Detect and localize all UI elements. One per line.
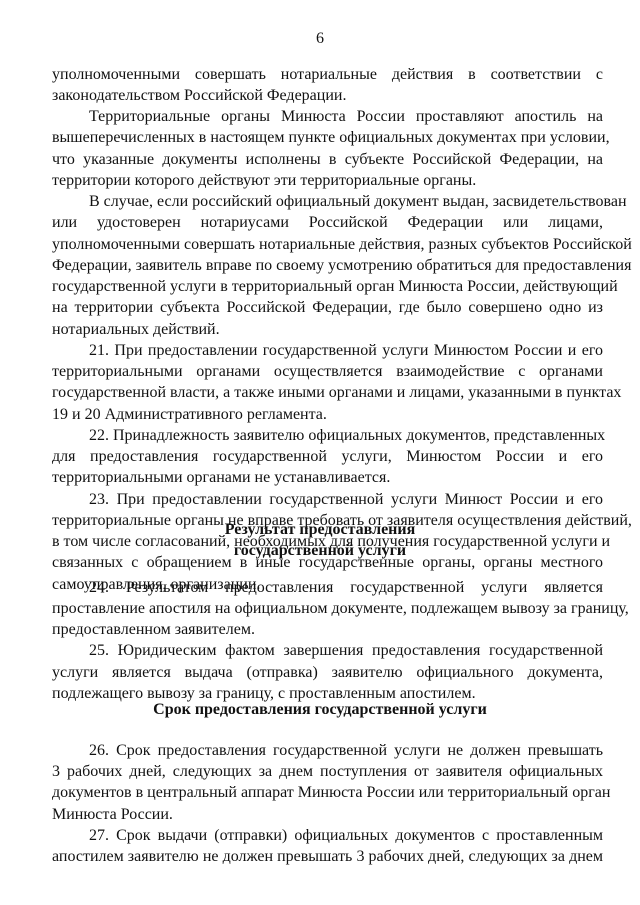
text-line: предоставленном заявителем.	[52, 620, 603, 640]
text-line: территориальными органами не устанавлива…	[52, 468, 603, 488]
text-line: 24. Результатом предоставления государст…	[89, 578, 603, 598]
section-heading-result-line1: Результат предоставления	[0, 520, 640, 540]
text-line: проставление апостиля на официальном док…	[52, 599, 603, 619]
text-line: государственной власти, а также иными ор…	[52, 383, 603, 403]
text-line: 21. При предоставлении государственной у…	[89, 341, 603, 361]
text-line: на территории субъекта Российской Федера…	[52, 298, 603, 318]
text-line: 19 и 20 Административного регламента.	[52, 405, 603, 425]
section-heading-term: Срок предоставления государственной услу…	[0, 700, 640, 720]
section-heading-result-line2: государственной услуги	[0, 541, 640, 561]
text-line: или удостоверен нотариусами Российской Ф…	[52, 213, 603, 233]
text-line: 23. При предоставлении государственной у…	[89, 490, 603, 510]
text-line: услуги является выдача (отправка) заявит…	[52, 663, 603, 683]
text-line: 27. Срок выдачи (отправки) официальных д…	[89, 826, 603, 846]
text-line: для предоставления государственной услуг…	[52, 447, 603, 467]
text-line: 25. Юридическим фактом завершения предос…	[89, 641, 603, 661]
text-line: 22. Принадлежность заявителю официальных…	[89, 426, 603, 446]
page-number: 6	[0, 30, 640, 48]
text-line: Минюста России.	[52, 805, 603, 825]
text-line: Федерации, заявитель вправе по своему ус…	[52, 256, 603, 276]
text-line: государственной услуги в территориальный…	[52, 277, 603, 297]
text-line: апостилем заявителю не должен превышать …	[52, 847, 603, 867]
text-line: В случае, если российский официальный до…	[89, 192, 603, 212]
text-line: законодательством Российской Федерации.	[52, 86, 603, 106]
text-line: уполномоченными совершать нотариальные д…	[52, 65, 603, 85]
text-line: Территориальные органы Минюста России пр…	[89, 107, 603, 127]
text-line: территориальными органами осуществляется…	[52, 362, 603, 382]
text-line: 26. Срок предоставления государственной …	[89, 741, 603, 761]
text-line: 3 рабочих дней, следующих за днем поступ…	[52, 762, 603, 782]
text-line: нотариальных действий.	[52, 320, 603, 340]
text-line: что указанные документы исполнены в субъ…	[52, 150, 603, 170]
text-line: вышеперечисленных в настоящем пункте офи…	[52, 128, 603, 148]
text-line: документов в центральный аппарат Минюста…	[52, 783, 603, 803]
text-line: территории которого действуют эти террит…	[52, 171, 603, 191]
text-line: уполномоченными совершать нотариальные д…	[52, 235, 603, 255]
